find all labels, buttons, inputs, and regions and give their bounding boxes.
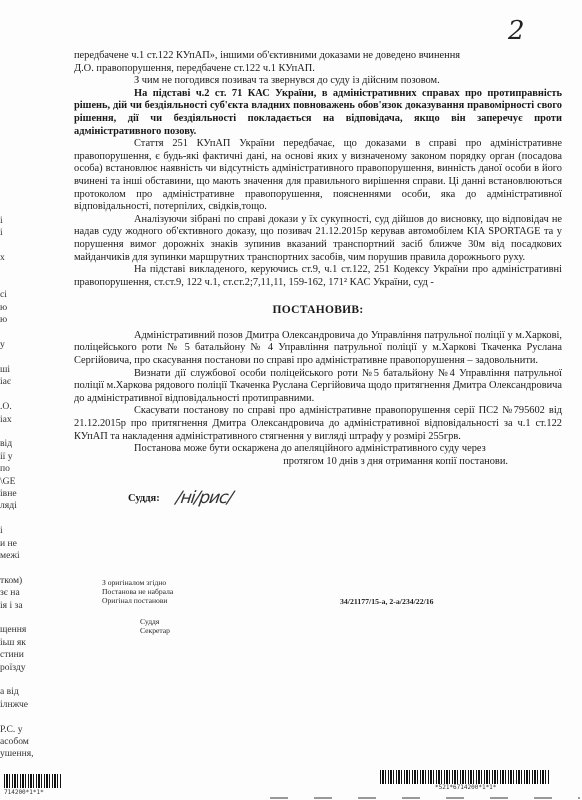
page-edge-dashes (270, 797, 580, 799)
paragraph: Аналізуючи зібрані по справі докази у їх… (74, 214, 562, 264)
margin-fragment: щення (0, 624, 60, 636)
margin-fragment: х (0, 252, 60, 264)
barcode-right (380, 770, 550, 784)
document-body: передбачене ч.1 ст.122 КУпАП», іншими об… (74, 50, 562, 468)
margin-fragment (0, 562, 60, 574)
margin-fragment: ілнжче (0, 699, 60, 711)
case-number: 34/21177/15-а, 2-а/234/22/16 (340, 597, 434, 606)
margin-fragment: .О. (0, 401, 60, 413)
barcode-right-caption: *521*6714200*1*1* (435, 784, 496, 791)
margin-fragment: тком) (0, 575, 60, 587)
margin-fragment: і (0, 227, 60, 239)
stamp-line: З оригіналом згідно (102, 578, 173, 587)
margin-fragment (0, 327, 60, 339)
section-heading: ПОСТАНОВИВ: (74, 304, 562, 317)
margin-fragment (0, 265, 60, 277)
margin-fragment: іає (0, 376, 60, 388)
margin-fragment: зє на (0, 587, 60, 599)
margin-fragment: и не (0, 538, 60, 550)
resolution-item: Скасувати постанову по справі про адміні… (74, 405, 562, 443)
margin-fragment (0, 351, 60, 363)
judge-signature: Суддя: /ні/рис/ (128, 488, 232, 508)
paragraph: передбачене ч.1 ст.122 КУпАП», іншими об… (74, 50, 562, 63)
left-margin-bleed-text: іі х сіюю у шііає .О.іах відії упо\GEівн… (0, 215, 60, 761)
stamp-signatory: Суддя (140, 617, 170, 626)
paragraph: На підставі викладеного, керуючись ст.9,… (74, 264, 562, 289)
margin-fragment (0, 277, 60, 289)
stamp-signatory: Секретар (140, 626, 170, 635)
margin-fragment: ю (0, 302, 60, 314)
margin-fragment: Р.С. у (0, 724, 60, 736)
stamp-line: Постанова не набрала (102, 587, 173, 596)
stamp-line: Оригінал постанови (102, 596, 173, 605)
paragraph: З чим не погодився позивач та звернувся … (74, 75, 562, 88)
margin-fragment: ія і за (0, 600, 60, 612)
margin-fragment (0, 426, 60, 438)
margin-fragment: \GE (0, 476, 60, 488)
signature-label: Суддя: (128, 493, 160, 504)
margin-fragment: а від (0, 686, 60, 698)
certification-stamp: З оригіналом згідно Постанова не набрала… (102, 578, 173, 605)
margin-fragment (0, 674, 60, 686)
resolution-item: Визнати дії службової особи поліцейськог… (74, 368, 562, 406)
margin-fragment: і (0, 525, 60, 537)
margin-fragment: стини (0, 649, 60, 661)
margin-fragment (0, 240, 60, 252)
margin-fragment (0, 389, 60, 401)
margin-fragment: ляді (0, 500, 60, 512)
handwritten-signature: /ні/рис/ (174, 488, 233, 508)
margin-fragment: асобом (0, 736, 60, 748)
margin-fragment: ії у (0, 451, 60, 463)
margin-fragment: і (0, 215, 60, 227)
margin-fragment: ушення, (0, 748, 60, 760)
margin-fragment: ші (0, 364, 60, 376)
margin-fragment: від (0, 438, 60, 450)
paragraph: Стаття 251 КУпАП України передбачає, що … (74, 138, 562, 214)
paragraph: Д.О. правопорушення, передбачене ст.122 … (74, 63, 562, 76)
margin-fragment (0, 711, 60, 723)
margin-fragment (0, 513, 60, 525)
margin-fragment (0, 612, 60, 624)
margin-fragment: іах (0, 414, 60, 426)
margin-fragment: у (0, 339, 60, 351)
margin-fragment: івне (0, 488, 60, 500)
resolution-item: Адміністративний позов Дмитра Олександро… (74, 330, 562, 368)
paragraph-bold: На підставі ч.2 ст. 71 КАС України, в ад… (74, 88, 562, 138)
margin-fragment: межі (0, 550, 60, 562)
margin-fragment: іьш як (0, 637, 60, 649)
margin-fragment: ю (0, 314, 60, 326)
margin-fragment: роїзду (0, 662, 60, 674)
barcode-left (4, 774, 62, 788)
margin-fragment: по (0, 463, 60, 475)
margin-fragment: сі (0, 289, 60, 301)
document-page: 2 іі х сіюю у шііає .О.іах відії упо\GEі… (0, 0, 582, 800)
resolution-item-continuation: протягом 10 днів з дня отримання копії п… (74, 456, 562, 469)
resolution-item: Постанова може бути оскаржена до апеляці… (74, 443, 562, 456)
stamp-signatories: Суддя Секретар (140, 617, 170, 635)
page-number: 2 (508, 16, 525, 46)
barcode-left-caption: 714200*1*1* (4, 789, 44, 796)
